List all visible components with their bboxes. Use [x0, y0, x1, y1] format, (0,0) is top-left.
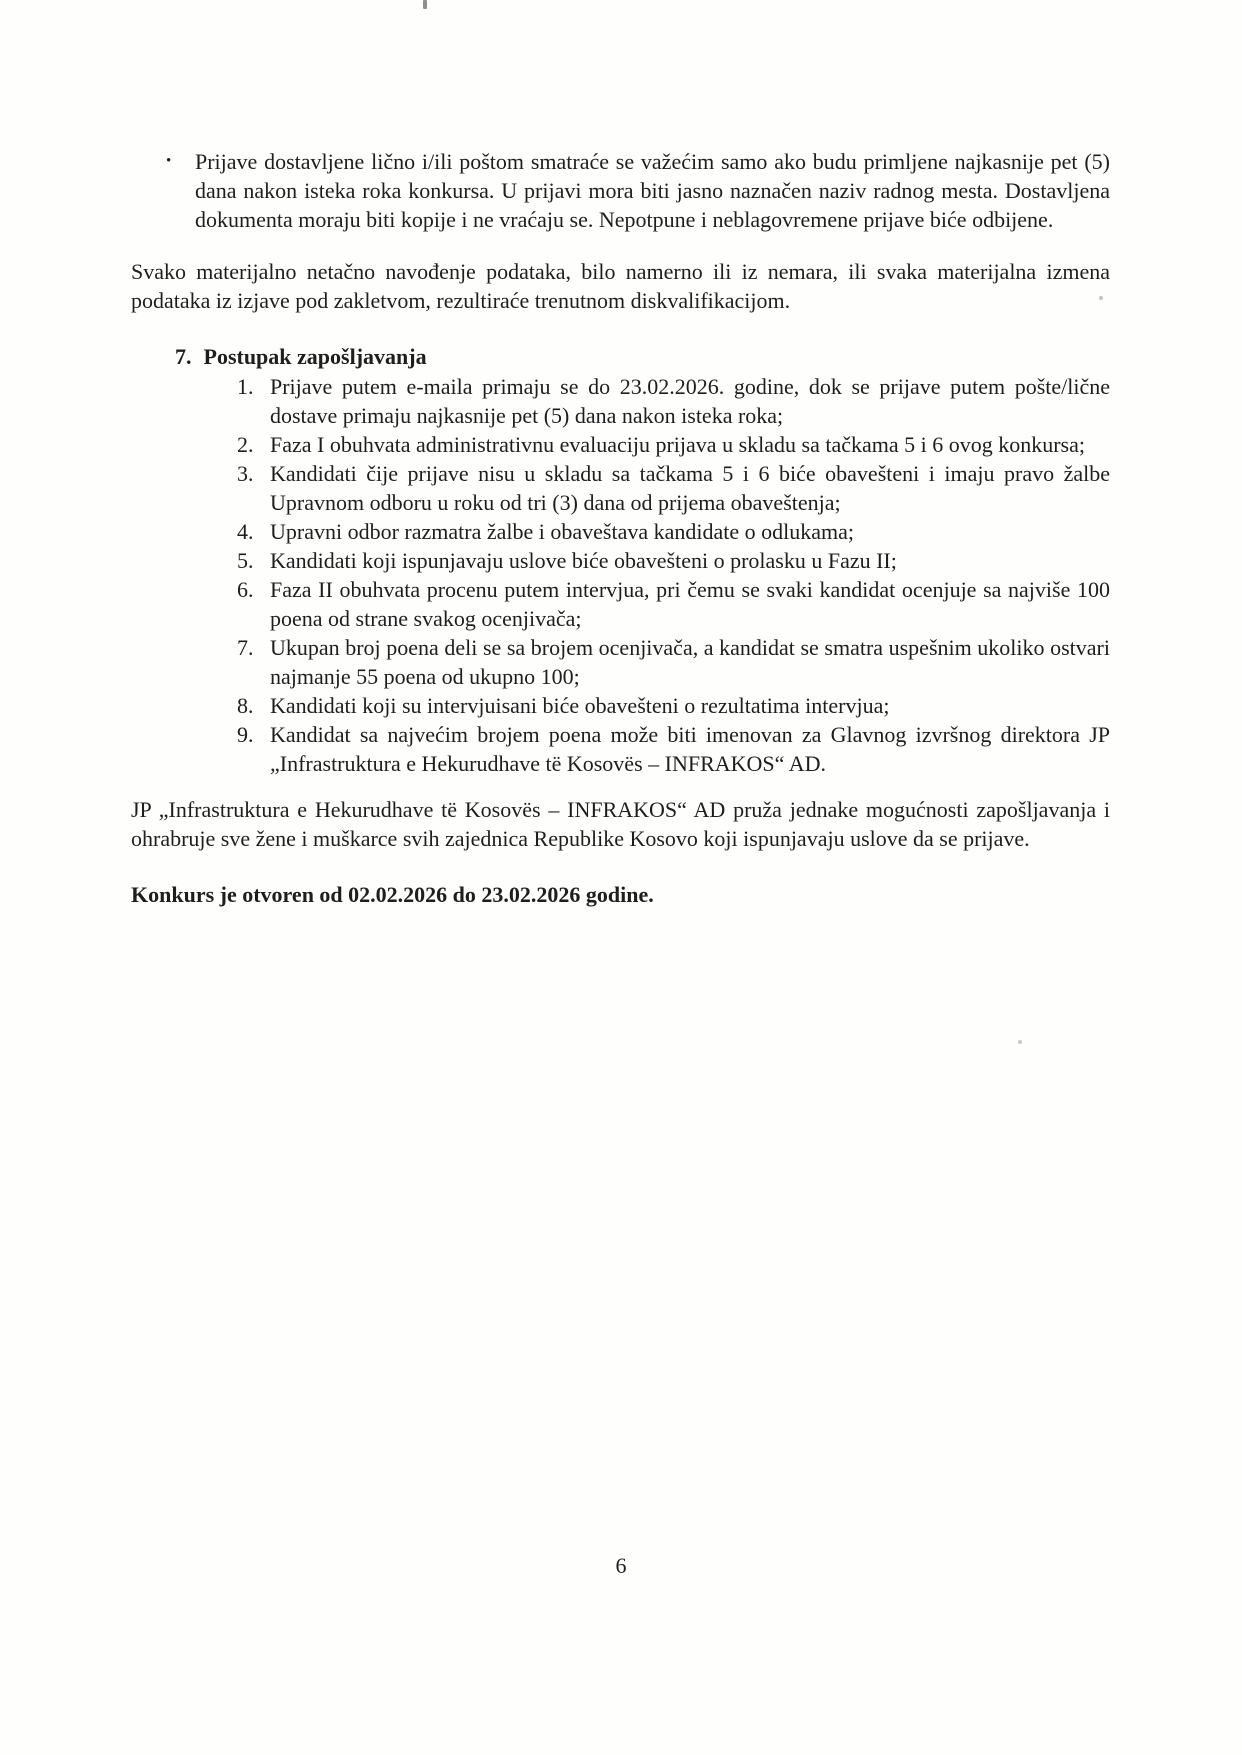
section-7-heading: 7. Postupak zapošljavanja: [175, 342, 1110, 371]
item-number: 5.: [237, 546, 270, 575]
item-text: Kandidati koji ispunjavaju uslove biće o…: [270, 546, 1110, 575]
item-text: Kandidati čije prijave nisu u skladu sa …: [270, 459, 1110, 517]
item-number: 3.: [237, 459, 270, 517]
list-item-7: 7. Ukupan broj poena deli se sa brojem o…: [237, 633, 1110, 691]
item-text: Kandidati koji su intervjuisani biće oba…: [270, 691, 1110, 720]
list-item-2: 2. Faza I obuhvata administrativnu evalu…: [237, 430, 1110, 459]
item-text: Faza II obuhvata procenu putem intervjua…: [270, 575, 1110, 633]
item-number: 6.: [237, 575, 270, 633]
list-item-6: 6. Faza II obuhvata procenu putem interv…: [237, 575, 1110, 633]
item-number: 2.: [237, 430, 270, 459]
item-text: Faza I obuhvata administrativnu evaluaci…: [270, 430, 1110, 459]
section-number: 7.: [175, 342, 192, 371]
hiring-procedure-list: 1. Prijave putem e-maila primaju se do 2…: [131, 372, 1110, 778]
item-text: Prijave putem e-maila primaju se do 23.0…: [270, 372, 1110, 430]
list-item-9: 9. Kandidat sa najvećim brojem poena mož…: [237, 720, 1110, 778]
list-item-1: 1. Prijave putem e-maila primaju se do 2…: [237, 372, 1110, 430]
bullet-paragraph-text: Prijave dostavljene lično i/ili poštom s…: [195, 147, 1110, 234]
item-text: Ukupan broj poena deli se sa brojem ocen…: [270, 633, 1110, 691]
list-item-4: 4. Upravni odbor razmatra žalbe i obaveš…: [237, 517, 1110, 546]
item-number: 8.: [237, 691, 270, 720]
scanned-document-page: • Prijave dostavljene lično i/ili poštom…: [0, 0, 1242, 1755]
bullet-paragraph: • Prijave dostavljene lično i/ili poštom…: [166, 147, 1110, 234]
scan-artifact-top-dash: [423, 0, 427, 9]
list-item-3: 3. Kandidati čije prijave nisu u skladu …: [237, 459, 1110, 517]
equal-opportunity-paragraph: JP „Infrastruktura e Hekurudhave të Koso…: [131, 795, 1110, 853]
list-item-5: 5. Kandidati koji ispunjavaju uslove bić…: [237, 546, 1110, 575]
item-number: 1.: [237, 372, 270, 430]
item-number: 7.: [237, 633, 270, 691]
list-item-8: 8. Kandidati koji su intervjuisani biće …: [237, 691, 1110, 720]
item-number: 4.: [237, 517, 270, 546]
scan-artifact-speck: [1018, 1040, 1022, 1044]
page-number: 6: [0, 1551, 1242, 1580]
item-text: Kandidat sa najvećim brojem poena može b…: [270, 720, 1110, 778]
section-title: Postupak zapošljavanja: [204, 342, 427, 371]
deadline-statement: Konkurs je otvoren od 02.02.2026 do 23.0…: [131, 880, 1110, 909]
disqualification-paragraph: Svako materijalno netačno navođenje poda…: [131, 257, 1110, 315]
item-number: 9.: [237, 720, 270, 778]
document-content: • Prijave dostavljene lično i/ili poštom…: [131, 147, 1110, 909]
bullet-marker: •: [166, 147, 195, 234]
item-text: Upravni odbor razmatra žalbe i obaveštav…: [270, 517, 1110, 546]
